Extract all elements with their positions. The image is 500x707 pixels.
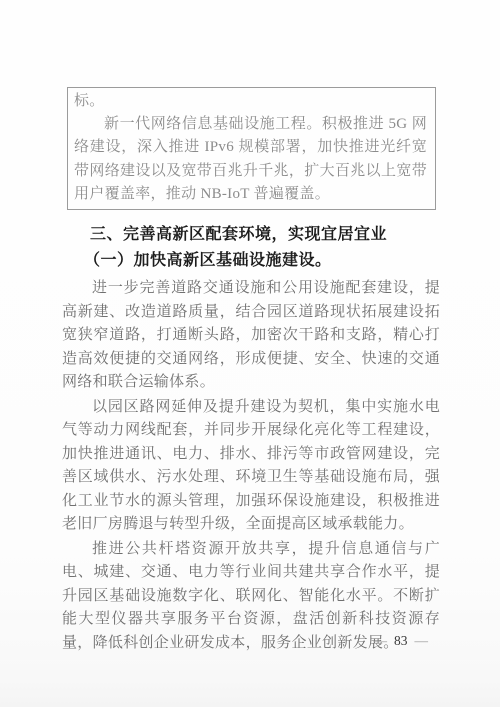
page-number-dash-left: — bbox=[374, 633, 388, 649]
page-content: 标。 新一代网络信息基础设施工程。积极推进 5G 网络建设，深入推进 IPv6 … bbox=[62, 87, 440, 655]
page-number-value: 83 bbox=[394, 633, 408, 649]
document-page: 标。 新一代网络信息基础设施工程。积极推进 5G 网络建设，深入推进 IPv6 … bbox=[0, 0, 500, 707]
subsection-heading: （一）加快高新区基础设施建设。 bbox=[84, 248, 440, 274]
boxed-paragraph: 新一代网络信息基础设施工程。积极推进 5G 网络建设，深入推进 IPv6 规模部… bbox=[74, 113, 427, 206]
carryover-line: 标。 bbox=[74, 90, 427, 113]
page-number: — 83 — bbox=[374, 633, 429, 649]
page-number-dash-right: — bbox=[415, 633, 429, 649]
section-heading: 三、完善高新区配套环境，实现宜居宜业 bbox=[90, 222, 440, 248]
paragraph-2: 以园区路网延伸及提升建设为契机，集中实施水电气等动力网线配套，并同步开展绿化亮化… bbox=[62, 396, 440, 537]
framed-carryover-block: 标。 新一代网络信息基础设施工程。积极推进 5G 网络建设，深入推进 IPv6 … bbox=[67, 87, 436, 210]
paragraph-1: 进一步完善道路交通设施和公用设施配套建设，提高新建、改造道路质量，结合园区道路现… bbox=[62, 277, 440, 395]
